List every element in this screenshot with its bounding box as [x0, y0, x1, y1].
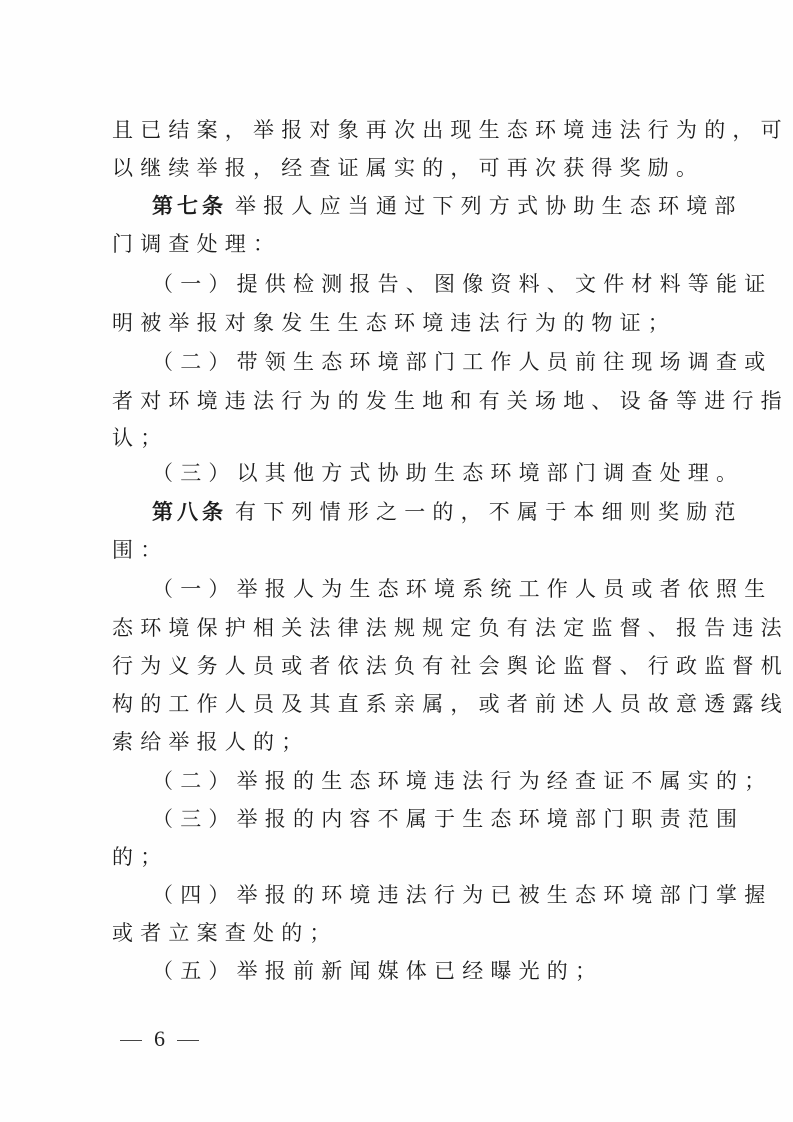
- text-line: 围：: [112, 536, 687, 564]
- text-line: 的；: [112, 843, 687, 871]
- page-number-value: 6: [154, 1026, 165, 1051]
- dash-right: [177, 1040, 199, 1041]
- text-line: 者对环境违法行为的发生地和有关场地、设备等进行指: [112, 387, 687, 415]
- text-line: 认；: [112, 424, 687, 452]
- clause-line: （三）以其他方式协助生态环境部门调查处理。: [152, 459, 687, 487]
- text-line: 索给举报人的；: [112, 728, 687, 756]
- clause-line: （五）举报前新闻媒体已经曝光的；: [152, 957, 687, 985]
- text-line: 且已结案，举报对象再次出现生态环境违法行为的，可: [112, 116, 687, 144]
- text-content: 有下列情形之一的，不属于本细则奖励范: [235, 500, 743, 524]
- text-line: 行为义务人员或者依法负有社会舆论监督、行政监督机: [112, 652, 687, 680]
- article-8-line: 第八条有下列情形之一的，不属于本细则奖励范: [152, 498, 687, 526]
- clause-line: （二）带领生态环境部门工作人员前往现场调查或: [152, 348, 687, 376]
- text-line: 门调查处理：: [112, 230, 687, 258]
- article-7-line: 第七条举报人应当通过下列方式协助生态环境部: [152, 192, 687, 220]
- clause-line: （二）举报的生态环境违法行为经查证不属实的；: [152, 767, 687, 795]
- clause-line: （一）提供检测报告、图像资料、文件材料等能证: [152, 270, 687, 298]
- text-line: 明被举报对象发生生态环境违法行为的物证；: [112, 309, 687, 337]
- article-heading: 第七条: [152, 193, 227, 218]
- text-content: 举报人应当通过下列方式协助生态环境部: [235, 194, 743, 218]
- article-heading: 第八条: [152, 499, 227, 524]
- text-line: 或者立案查处的；: [112, 919, 687, 947]
- text-line: 态环境保护相关法律法规规定负有法定监督、报告违法: [112, 614, 687, 642]
- page-number: 6: [108, 1026, 211, 1052]
- text-line: 以继续举报，经查证属实的，可再次获得奖励。: [112, 154, 687, 182]
- dash-left: [120, 1040, 142, 1041]
- clause-line: （三）举报的内容不属于生态环境部门职责范围: [152, 805, 687, 833]
- clause-line: （四）举报的环境违法行为已被生态环境部门掌握: [152, 881, 687, 909]
- clause-line: （一）举报人为生态环境系统工作人员或者依照生: [152, 575, 687, 603]
- text-line: 构的工作人员及其直系亲属，或者前述人员故意透露线: [112, 690, 687, 718]
- document-page: 且已结案，举报对象再次出现生态环境违法行为的，可 以继续举报，经查证属实的，可再…: [0, 0, 793, 1122]
